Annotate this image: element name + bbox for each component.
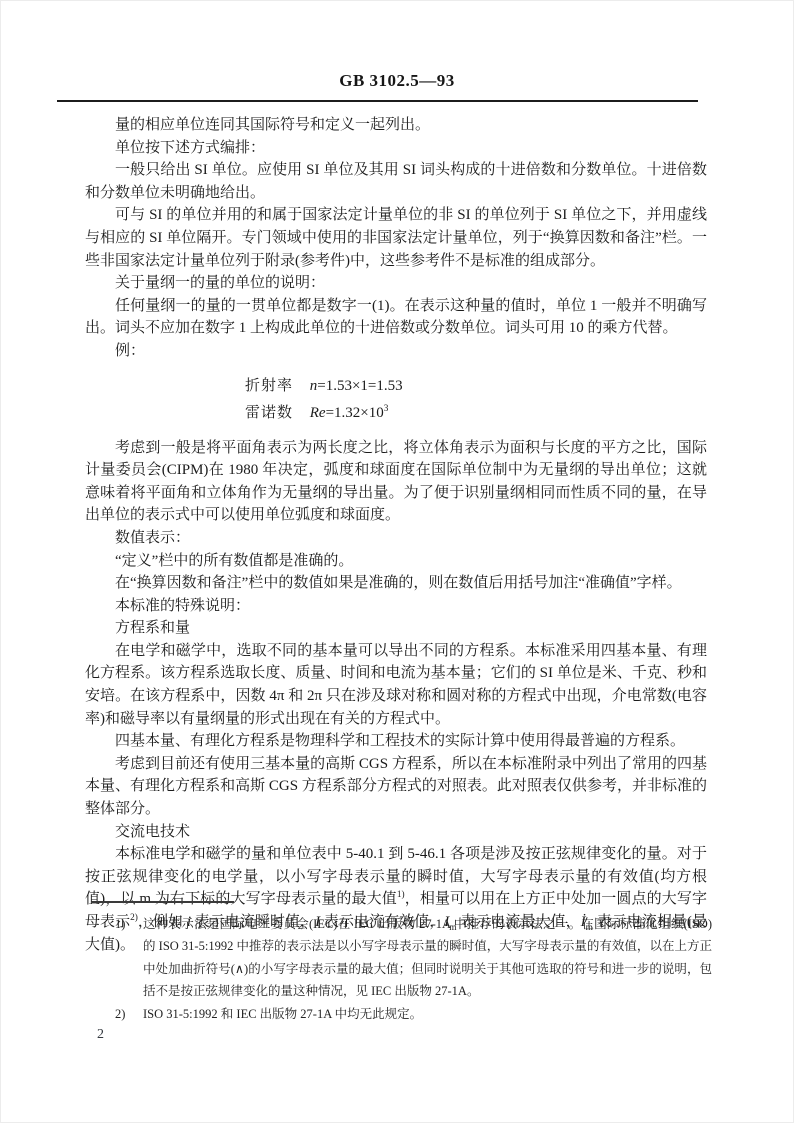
footnote-marker: 1)	[115, 913, 143, 1003]
formula-reynolds-number: 雷诺数 Re=1.32×103	[245, 400, 707, 427]
footnote-marker: 2)	[115, 1003, 143, 1025]
paragraph-dimension-one-unit: 任何量纲一的量的一贯单位都是数字一(1)。在表示这种量的值时，单位 1 一般并不…	[85, 295, 707, 340]
formula-refractive-index: 折射率 n=1.53×1=1.53	[245, 373, 707, 400]
footnote-text: 这种表示法是国际电工委员会(IEC)在 IEC 出版物 27-1A 中推荐的表示…	[143, 913, 712, 1003]
paragraph-dimension-one-note: 关于量纲一的量的单位的说明：	[85, 272, 707, 295]
paragraph-units-listed: 量的相应单位连同其国际符号和定义一起列出。	[85, 114, 707, 137]
formula-label: 雷诺数	[245, 400, 293, 427]
paragraph-equation-systems: 在电学和磁学中，选取不同的基本量可以导出不同的方程系。本标准采用四基本量、有理化…	[85, 640, 707, 730]
paragraph-plane-solid-angle: 考虑到一般是将平面角表示为两长度之比，将立体角表示为面积与长度的平方之比，国际计…	[85, 437, 707, 527]
page-number: 2	[97, 1027, 104, 1043]
document-page: GB 3102.5—93 量的相应单位连同其国际符号和定义一起列出。 单位按下述…	[0, 0, 794, 1123]
paragraph-definition-column: “定义”栏中的所有数值都是准确的。	[85, 550, 707, 573]
paragraph-non-si-units: 可与 SI 的单位并用的和属于国家法定计量单位的非 SI 的单位列于 SI 单位…	[85, 204, 707, 272]
formula-expression: Re=1.32×103	[310, 405, 389, 421]
header-rule	[57, 100, 698, 102]
example-label: 例：	[85, 340, 707, 363]
footnote-1: 1) 这种表示法是国际电工委员会(IEC)在 IEC 出版物 27-1A 中推荐…	[90, 913, 712, 1003]
footnote-2: 2) ISO 31-5:1992 和 IEC 出版物 27-1A 中均无此规定。	[90, 1003, 712, 1025]
example-formulas: 折射率 n=1.53×1=1.53 雷诺数 Re=1.32×103	[245, 373, 707, 427]
paragraph-conversion-column: 在“换算因数和备注”栏中的数值如果是准确的，则在数值后用括号加注“准确值”字样。	[85, 572, 707, 595]
footnote-separator-rule	[92, 901, 234, 903]
document-body: 量的相应单位连同其国际符号和定义一起列出。 单位按下述方式编排： 一般只给出 S…	[85, 114, 707, 956]
footnote-text: ISO 31-5:1992 和 IEC 出版物 27-1A 中均无此规定。	[143, 1003, 712, 1025]
heading-equation-systems: 方程系和量	[85, 617, 707, 640]
standard-number-header: GB 3102.5—93	[0, 71, 794, 91]
heading-ac-technology: 交流电技术	[85, 821, 707, 844]
footnotes-section: 1) 这种表示法是国际电工委员会(IEC)在 IEC 出版物 27-1A 中推荐…	[90, 901, 712, 1025]
paragraph-numeric-representation: 数值表示：	[85, 527, 707, 550]
paragraph-four-base-quantities: 四基本量、有理化方程系是物理科学和工程技术的实际计算中使用得最普遍的方程系。	[85, 730, 707, 753]
formula-expression: n=1.53×1=1.53	[310, 378, 403, 394]
paragraph-gauss-cgs: 考虑到目前还有使用三基本量的高斯 CGS 方程系，所以在本标准附录中列出了常用的…	[85, 753, 707, 821]
paragraph-si-units: 一般只给出 SI 单位。应使用 SI 单位及其用 SI 词头构成的十进倍数和分数…	[85, 159, 707, 204]
paragraph-special-notes: 本标准的特殊说明：	[85, 595, 707, 618]
paragraph-unit-arrangement: 单位按下述方式编排：	[85, 137, 707, 160]
formula-label: 折射率	[245, 373, 293, 400]
